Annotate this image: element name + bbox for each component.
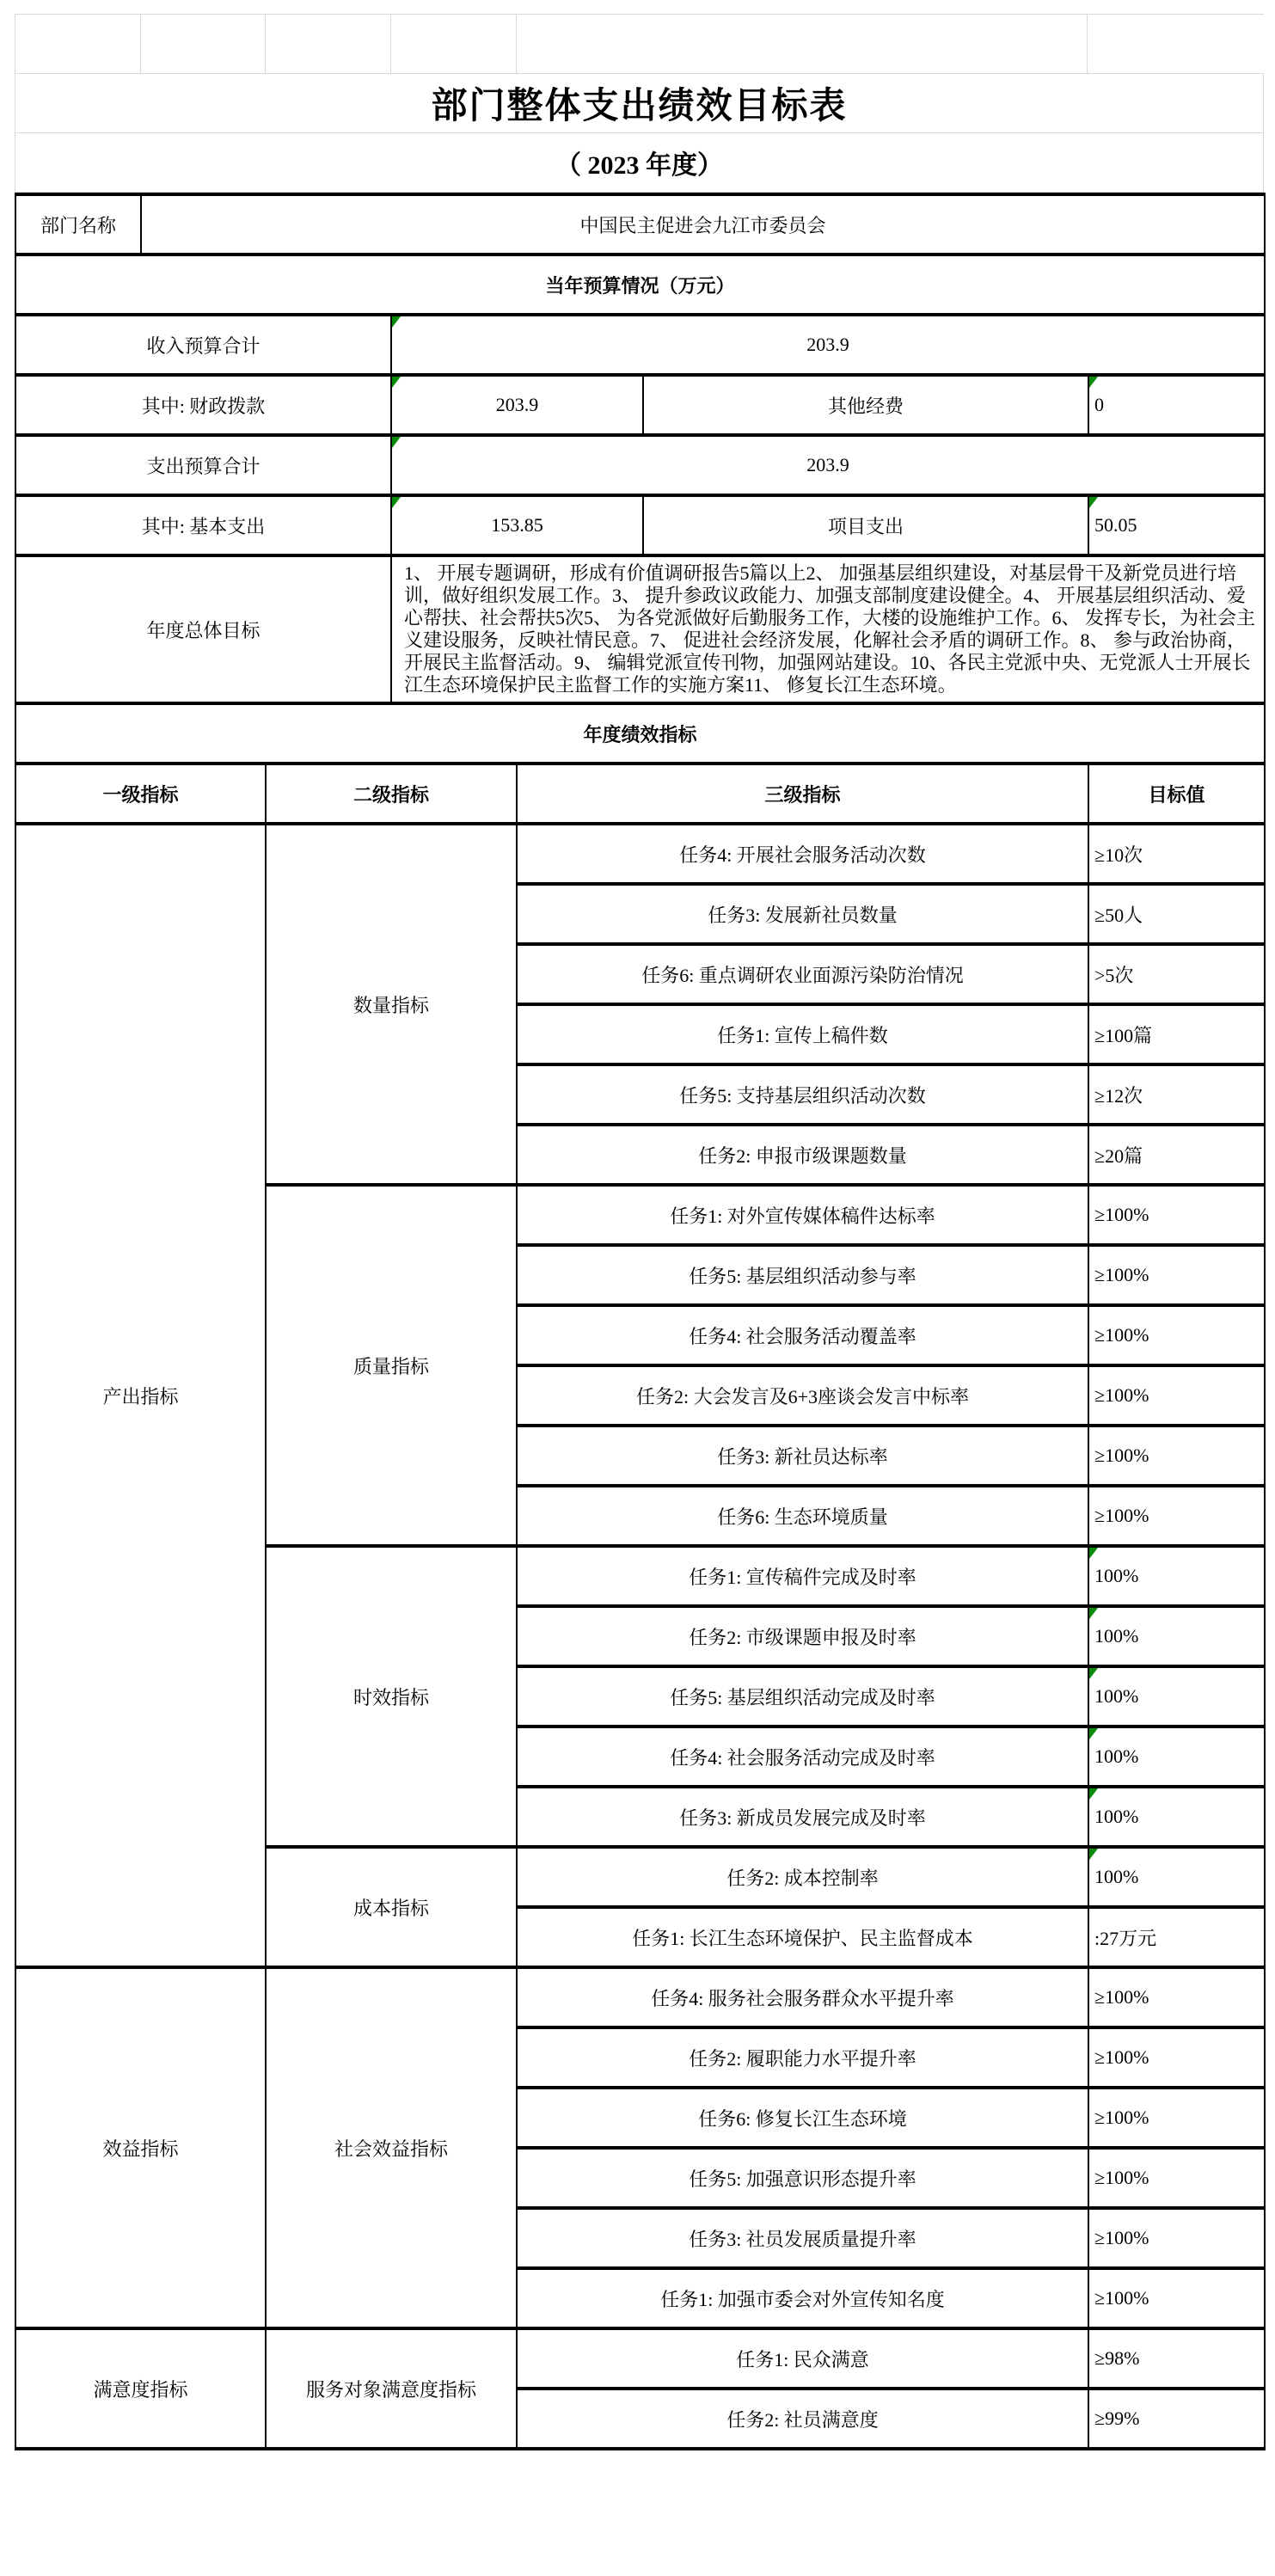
target-value: ≥50人: [1094, 905, 1143, 926]
grid-cell: [15, 15, 141, 73]
level2-indicator-cell: 数量指标: [266, 824, 517, 1185]
target-cell: ≥100%: [1088, 1185, 1265, 1245]
expense-total-value-cell: 203.9: [391, 435, 1265, 495]
sheet: 部门整体支出绩效目标表 （ 2023 年度） 部门名称 中国民主促进会九江市委员…: [15, 14, 1264, 2450]
grid-cell: [517, 15, 1088, 73]
task-cell: 任务3: 新成员发展完成及时率: [517, 1787, 1088, 1847]
level2-indicator-cell: 成本指标: [266, 1847, 517, 1967]
target-value: ≥100%: [1094, 1204, 1149, 1225]
budget-section-title-row: 当年预算情况（万元）: [15, 255, 1265, 315]
target-value: ≥100%: [1094, 2287, 1149, 2309]
task-cell: 任务1: 宣传稿件完成及时率: [517, 1546, 1088, 1606]
target-value: ≥20篇: [1094, 1145, 1143, 1167]
task-cell: 任务5: 基层组织活动参与率: [517, 1245, 1088, 1305]
target-value: ≥100%: [1094, 1986, 1149, 2008]
task-cell: 任务6: 修复长江生态环境: [517, 2088, 1088, 2148]
target-value: ≥99%: [1094, 2407, 1139, 2429]
target-value: ≥100%: [1094, 2046, 1149, 2068]
target-cell: ≥100%: [1088, 1426, 1265, 1486]
department-row: 部门名称 中国民主促进会九江市委员会: [15, 194, 1265, 255]
income-total-row: 收入预算合计 203.9: [15, 315, 1265, 375]
target-value: ≥100%: [1094, 2167, 1149, 2188]
grid-cell: [141, 15, 266, 73]
green-flag-triangle-icon: [392, 497, 401, 508]
task-cell: 任务6: 重点调研农业面源污染防治情况: [517, 944, 1088, 1004]
green-flag-triangle-icon: [392, 316, 401, 328]
annual-goal-row: 年度总体目标 1、 开展专题调研，形成有价值调研报告5篇以上2、 加强基层组织建…: [15, 555, 1265, 703]
page-subtitle: （ 2023 年度）: [555, 144, 723, 181]
task-cell: 任务5: 支持基层组织活动次数: [517, 1064, 1088, 1125]
target-cell: ≥100%: [1088, 1486, 1265, 1546]
target-value: ≥100%: [1094, 1505, 1149, 1526]
target-value: >5次: [1094, 965, 1133, 986]
basic-expense-value: 153.85: [491, 514, 543, 536]
level1-indicator-cell: 效益指标: [15, 1967, 266, 2328]
target-value: 100%: [1094, 1806, 1138, 1827]
task-cell: 任务3: 社员发展质量提升率: [517, 2208, 1088, 2268]
task-cell: 任务2: 市级课题申报及时率: [517, 1606, 1088, 1666]
target-cell: ≥12次: [1088, 1064, 1265, 1125]
department-value-cell: 中国民主促进会九江市委员会: [141, 194, 1265, 255]
finance-value: 203.9: [496, 394, 539, 415]
green-flag-triangle-icon: [1089, 377, 1098, 388]
indicator-row: 效益指标社会效益指标任务4: 服务社会服务群众水平提升率≥100%: [15, 1967, 1265, 2027]
target-cell: >5次: [1088, 944, 1265, 1004]
level1-indicator-cell: 满意度指标: [15, 2328, 266, 2449]
green-flag-triangle-icon: [1089, 1548, 1098, 1559]
task-cell: 任务4: 社会服务活动覆盖率: [517, 1305, 1088, 1365]
expense-total-row: 支出预算合计 203.9: [15, 435, 1265, 495]
target-value: ≥100%: [1094, 1264, 1149, 1285]
green-flag-triangle-icon: [1089, 1728, 1098, 1739]
project-expense-value: 50.05: [1094, 514, 1137, 536]
task-cell: 任务2: 社员满意度: [517, 2389, 1088, 2449]
task-cell: 任务1: 对外宣传媒体稿件达标率: [517, 1185, 1088, 1245]
target-cell: ≥100%: [1088, 2088, 1265, 2148]
green-flag-triangle-icon: [392, 437, 401, 448]
target-cell: ≥100%: [1088, 1245, 1265, 1305]
target-value: ≥10次: [1094, 844, 1143, 866]
subtitle-row: （ 2023 年度）: [15, 133, 1264, 193]
target-value: 100%: [1094, 1565, 1138, 1586]
title-row: 部门整体支出绩效目标表: [15, 74, 1264, 133]
task-cell: 任务1: 民众满意: [517, 2328, 1088, 2389]
task-cell: 任务3: 发展新社员数量: [517, 884, 1088, 944]
info-and-budget-section: 部门名称 中国民主促进会九江市委员会 当年预算情况（万元） 收入预算合计 203…: [15, 194, 1265, 824]
task-cell: 任务6: 生态环境质量: [517, 1486, 1088, 1546]
grid-cell: [391, 15, 517, 73]
target-cell: 100%: [1088, 1606, 1265, 1666]
other-funds-label-cell: 其他经费: [643, 375, 1088, 435]
target-cell: ≥100%: [1088, 1305, 1265, 1365]
green-flag-triangle-icon: [1089, 497, 1098, 508]
expense-total-value: 203.9: [806, 454, 849, 475]
grid-cell: [266, 15, 391, 73]
grid-cell: [1088, 15, 1264, 73]
target-value: 100%: [1094, 1625, 1138, 1647]
target-value: ≥12次: [1094, 1085, 1143, 1107]
green-flag-triangle-icon: [392, 377, 401, 388]
level2-indicator-cell: 服务对象满意度指标: [266, 2328, 517, 2449]
header-target: 目标值: [1088, 764, 1265, 824]
finance-value-cell: 203.9: [391, 375, 643, 435]
target-value: ≥98%: [1094, 2347, 1139, 2369]
target-cell: ≥100%: [1088, 2027, 1265, 2088]
performance-header-row: 一级指标 二级指标 三级指标 目标值: [15, 764, 1265, 824]
finance-allocation-row: 其中: 财政拨款 203.9 其他经费 0: [15, 375, 1265, 435]
target-value: :27万元: [1094, 1928, 1156, 1949]
target-cell: 100%: [1088, 1546, 1265, 1606]
performance-rows: 产出指标数量指标任务4: 开展社会服务活动次数≥10次任务3: 发展新社员数量≥…: [15, 824, 1265, 2449]
level1-indicator-cell: 产出指标: [15, 824, 266, 1967]
indicator-row: 满意度指标服务对象满意度指标任务1: 民众满意≥98%: [15, 2328, 1265, 2389]
task-cell: 任务2: 成本控制率: [517, 1847, 1088, 1907]
basic-expense-row: 其中: 基本支出 153.85 项目支出 50.05: [15, 495, 1265, 555]
target-cell: ≥20篇: [1088, 1125, 1265, 1185]
target-value: ≥100%: [1094, 1324, 1149, 1346]
annual-goal-label-cell: 年度总体目标: [15, 555, 391, 703]
target-value: ≥100%: [1094, 2107, 1149, 2128]
target-value: 100%: [1094, 1745, 1138, 1767]
task-cell: 任务5: 加强意识形态提升率: [517, 2148, 1088, 2208]
department-label-cell: 部门名称: [15, 194, 141, 255]
target-cell: ≥100%: [1088, 2268, 1265, 2328]
task-cell: 任务4: 服务社会服务群众水平提升率: [517, 1967, 1088, 2027]
target-cell: 100%: [1088, 1666, 1265, 1727]
green-flag-triangle-icon: [1089, 1608, 1098, 1619]
target-value: ≥100%: [1094, 1384, 1149, 1406]
target-value: ≥100%: [1094, 2227, 1149, 2248]
header-level2: 二级指标: [266, 764, 517, 824]
task-cell: 任务1: 宣传上稿件数: [517, 1004, 1088, 1064]
basic-expense-label-cell: 其中: 基本支出: [15, 495, 391, 555]
performance-target-table: 部门名称 中国民主促进会九江市委员会 当年预算情况（万元） 收入预算合计 203…: [15, 193, 1266, 2450]
target-cell: 100%: [1088, 1847, 1265, 1907]
level2-indicator-cell: 社会效益指标: [266, 1967, 517, 2328]
task-cell: 任务5: 基层组织活动完成及时率: [517, 1666, 1088, 1727]
task-cell: 任务4: 开展社会服务活动次数: [517, 824, 1088, 884]
target-cell: ≥100%: [1088, 1967, 1265, 2027]
level2-indicator-cell: 时效指标: [266, 1546, 517, 1847]
target-value: 100%: [1094, 1685, 1138, 1707]
indicator-row: 产出指标数量指标任务4: 开展社会服务活动次数≥10次: [15, 824, 1265, 884]
green-flag-triangle-icon: [1089, 1849, 1098, 1860]
target-cell: ≥50人: [1088, 884, 1265, 944]
target-cell: ≥100%: [1088, 1365, 1265, 1426]
empty-grid-row: [15, 14, 1264, 74]
target-cell: 100%: [1088, 1787, 1265, 1847]
target-cell: ≥98%: [1088, 2328, 1265, 2389]
page-title: 部门整体支出绩效目标表: [431, 77, 847, 129]
header-level3: 三级指标: [517, 764, 1088, 824]
target-cell: ≥10次: [1088, 824, 1265, 884]
green-flag-triangle-icon: [1089, 1788, 1098, 1800]
task-cell: 任务3: 新社员达标率: [517, 1426, 1088, 1486]
income-total-value-cell: 203.9: [391, 315, 1265, 375]
task-cell: 任务1: 长江生态环境保护、民主监督成本: [517, 1907, 1088, 1967]
header-level1: 一级指标: [15, 764, 266, 824]
green-flag-triangle-icon: [1089, 1668, 1098, 1679]
target-cell: ≥99%: [1088, 2389, 1265, 2449]
target-value: ≥100篇: [1094, 1025, 1152, 1046]
performance-section-title-row: 年度绩效指标: [15, 703, 1265, 764]
budget-section-title-cell: 当年预算情况（万元）: [15, 255, 1265, 315]
expense-total-label-cell: 支出预算合计: [15, 435, 391, 495]
other-funds-value-cell: 0: [1088, 375, 1265, 435]
other-funds-value: 0: [1094, 394, 1104, 415]
income-total-value: 203.9: [806, 334, 849, 355]
target-cell: 100%: [1088, 1727, 1265, 1787]
basic-expense-value-cell: 153.85: [391, 495, 643, 555]
income-total-label-cell: 收入预算合计: [15, 315, 391, 375]
project-expense-label-cell: 项目支出: [643, 495, 1088, 555]
target-cell: ≥100%: [1088, 2208, 1265, 2268]
task-cell: 任务2: 履职能力水平提升率: [517, 2027, 1088, 2088]
task-cell: 任务4: 社会服务活动完成及时率: [517, 1727, 1088, 1787]
target-cell: ≥100%: [1088, 2148, 1265, 2208]
task-cell: 任务1: 加强市委会对外宣传知名度: [517, 2268, 1088, 2328]
spreadsheet-document: { "page": { "title": "部门整体支出绩效目标表", "sub…: [0, 14, 1275, 2576]
task-cell: 任务2: 申报市级课题数量: [517, 1125, 1088, 1185]
finance-label-cell: 其中: 财政拨款: [15, 375, 391, 435]
annual-goal-text-cell: 1、 开展专题调研，形成有价值调研报告5篇以上2、 加强基层组织建设，对基层骨干…: [391, 555, 1265, 703]
task-cell: 任务2: 大会发言及6+3座谈会发言中标率: [517, 1365, 1088, 1426]
target-cell: ≥100篇: [1088, 1004, 1265, 1064]
target-value: ≥100%: [1094, 1444, 1149, 1466]
target-cell: :27万元: [1088, 1907, 1265, 1967]
target-value: 100%: [1094, 1866, 1138, 1887]
project-expense-value-cell: 50.05: [1088, 495, 1265, 555]
level2-indicator-cell: 质量指标: [266, 1185, 517, 1546]
performance-section-title-cell: 年度绩效指标: [15, 703, 1265, 764]
